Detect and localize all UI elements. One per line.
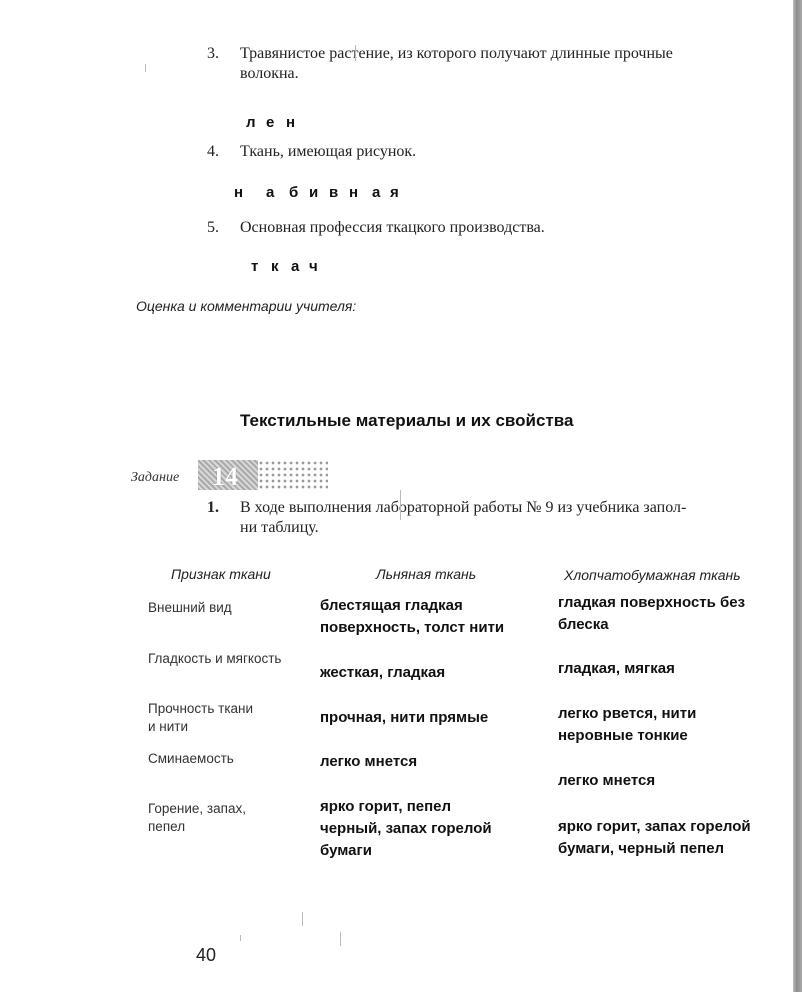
table-header-cotton: Хлопчатобумажная ткань [564,567,741,583]
cell-line: прочная, нити прямые [320,707,488,729]
cell-line: гладкая поверхность без [558,592,745,614]
cell-line: черный, запах горелой [320,818,492,840]
scan-artifact [340,932,341,946]
cell-line: легко мнется [558,770,655,792]
task-number: 14 [212,462,238,492]
row-label-line: Внешний вид [148,599,232,617]
scan-artifact [355,45,356,61]
answer-letter: е [266,114,286,131]
task-label: Задание [131,470,179,486]
answer-letter: ч [309,258,327,275]
question-text: Ткань, имеющая рисунок. [240,142,416,162]
cell-line: жесткая, гладкая [320,662,445,684]
item-text: ни таблицу. [240,518,319,538]
row-label-line: Прочность ткани [148,700,253,718]
scan-artifact [240,935,241,941]
table-cell-linen: жесткая, гладкая [320,662,445,684]
table-row-label: Сминаемость [148,750,234,768]
answer-letter: а [266,184,289,201]
table-cell-cotton: ярко горит, запах горелой бумаги, черный… [558,816,751,860]
table-header-linen: Льняная ткань [376,566,476,582]
teacher-comment-label: Оценка и комментарии учителя: [136,298,356,314]
cell-line: поверхность, толст нити [320,617,504,639]
table-cell-linen: прочная, нити прямые [320,707,488,729]
question-text: волокна. [240,64,299,84]
question-5: 5. Основная профессия ткацкого производс… [207,218,797,240]
answer-letter: н [349,184,372,201]
question-number: 4. [207,142,219,162]
answer-letter: а [372,184,390,201]
scan-artifact [400,490,401,520]
table-cell-linen: блестящая гладкая поверхность, толст нит… [320,595,504,639]
cell-line: блеска [558,614,745,636]
cell-line: гладкая, мягкая [558,658,675,680]
page-number: 40 [196,945,216,966]
table-cell-cotton: гладкая, мягкая [558,658,675,680]
row-label-line: Гладкость и мягкость [148,650,281,668]
table-row-label: Горение, запах, пепел [148,800,246,836]
answer-letter: н [234,184,266,201]
table-cell-cotton: легко мнется [558,770,655,792]
answer-q3: лен [246,114,306,131]
cell-line: ярко горит, пепел [320,796,492,818]
answer-letter: н [286,114,306,131]
task-number-badge: 14 [198,460,328,490]
question-number: 3. [207,44,219,64]
row-label-line: пепел [148,818,246,836]
table-cell-cotton: легко рвется, нити неровные тонкие [558,703,696,747]
answer-letter: б [289,184,309,201]
row-label-line: Горение, запах, [148,800,246,818]
answer-letter: т [251,258,271,275]
cell-line: ярко горит, запах горелой [558,816,751,838]
answer-letter: и [309,184,329,201]
answer-q5: ткач [251,258,327,275]
cell-line: легко мнется [320,751,417,773]
row-label-line: Сминаемость [148,750,234,768]
answer-letter: л [246,114,266,131]
question-text: Основная профессия ткацкого производства… [240,218,545,238]
task-item-1: 1. В ходе выполнения лабораторной работы… [207,498,797,542]
section-title: Текстильные материалы и их свойства [240,411,573,431]
cell-line: неровные тонкие [558,725,696,747]
table-row-label: Прочность ткани и нити [148,700,253,736]
answer-letter: а [291,258,309,275]
table-cell-cotton: гладкая поверхность без блеска [558,592,745,636]
cell-line: бумаги [320,840,492,862]
table-header-attribute: Признак ткани [171,566,271,582]
row-label-line: и нити [148,718,253,736]
question-4: 4. Ткань, имеющая рисунок. [207,142,797,164]
cell-line: легко рвется, нити [558,703,696,725]
item-number: 1. [207,498,219,518]
cell-line: блестящая гладкая [320,595,504,617]
answer-letter: к [271,258,291,275]
table-row-label: Внешний вид [148,599,232,617]
table-row-label: Гладкость и мягкость [148,650,281,668]
answer-q4: набивная [234,184,408,201]
table-cell-linen: легко мнется [320,751,417,773]
table-cell-linen: ярко горит, пепел черный, запах горелой … [320,796,492,862]
answer-letter: я [390,184,408,201]
item-text: В ходе выполнения лабораторной работы № … [240,498,686,518]
question-3: 3. Травянистое растение, из которого пол… [207,44,797,88]
scan-artifact [302,912,303,926]
question-number: 5. [207,218,219,238]
scan-artifact [145,64,146,72]
question-text: Травянистое растение, из которого получа… [240,44,673,64]
answer-letter: в [329,184,349,201]
cell-line: бумаги, черный пепел [558,838,751,860]
